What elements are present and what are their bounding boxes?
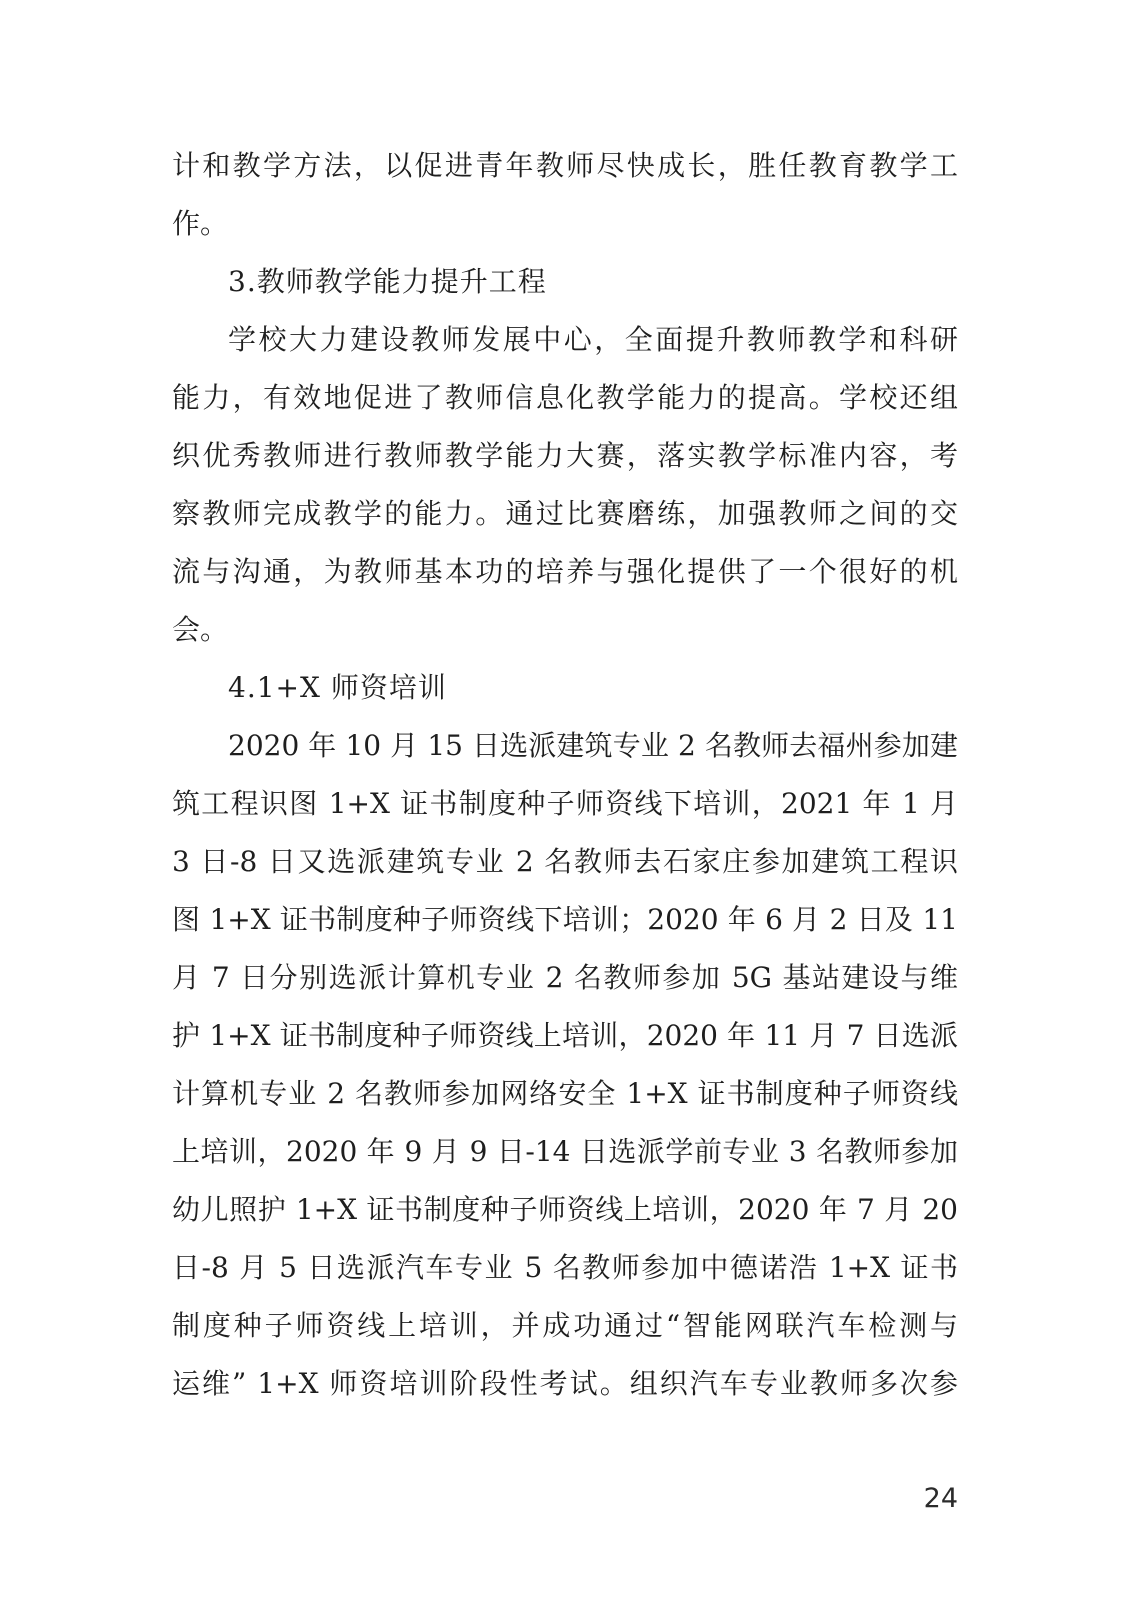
text-line: 筑工程识图 1+X 证书制度种子师资线下培训，2021 年 1 月 bbox=[172, 775, 958, 833]
text-line: 能力，有效地促进了教师信息化教学能力的提高。学校还组 bbox=[172, 369, 958, 427]
text-line: 计算机专业 2 名教师参加网络安全 1+X 证书制度种子师资线 bbox=[172, 1065, 958, 1123]
text-line: 运维” 1+X 师资培训阶段性考试。组织汽车专业教师多次参 bbox=[172, 1355, 958, 1413]
text-line: 察教师完成教学的能力。通过比赛磨练，加强教师之间的交 bbox=[172, 485, 958, 543]
text-line: 3 日-8 日又选派建筑专业 2 名教师去石家庄参加建筑工程识 bbox=[172, 833, 958, 891]
text-line: 2020 年 10 月 15 日选派建筑专业 2 名教师去福州参加建 bbox=[172, 717, 958, 775]
document-body: 计和教学方法，以促进青年教师尽快成长，胜任教育教学工作。3.教师教学能力提升工程… bbox=[172, 137, 958, 1413]
text-line: 计和教学方法，以促进青年教师尽快成长，胜任教育教学工 bbox=[172, 137, 958, 195]
text-line: 学校大力建设教师发展中心，全面提升教师教学和科研 bbox=[172, 311, 958, 369]
text-line: 护 1+X 证书制度种子师资线上培训，2020 年 11 月 7 日选派 bbox=[172, 1007, 958, 1065]
page-number: 24 bbox=[838, 1482, 958, 1516]
text-line: 会。 bbox=[172, 601, 958, 659]
text-line: 流与沟通，为教师基本功的培养与强化提供了一个很好的机 bbox=[172, 543, 958, 601]
text-line: 织优秀教师进行教师教学能力大赛，落实教学标准内容，考 bbox=[172, 427, 958, 485]
heading-line: 3.教师教学能力提升工程 bbox=[172, 253, 958, 311]
text-line: 日-8 月 5 日选派汽车专业 5 名教师参加中德诺浩 1+X 证书 bbox=[172, 1239, 958, 1297]
heading-line: 4.1+X 师资培训 bbox=[172, 659, 958, 717]
document-page: 计和教学方法，以促进青年教师尽快成长，胜任教育教学工作。3.教师教学能力提升工程… bbox=[0, 0, 1131, 1600]
text-line: 上培训，2020 年 9 月 9 日-14 日选派学前专业 3 名教师参加 bbox=[172, 1123, 958, 1181]
text-line: 幼儿照护 1+X 证书制度种子师资线上培训，2020 年 7 月 20 bbox=[172, 1181, 958, 1239]
text-line: 作。 bbox=[172, 195, 958, 253]
text-line: 图 1+X 证书制度种子师资线下培训；2020 年 6 月 2 日及 11 bbox=[172, 891, 958, 949]
text-line: 制度种子师资线上培训，并成功通过“智能网联汽车检测与 bbox=[172, 1297, 958, 1355]
text-line: 月 7 日分别选派计算机专业 2 名教师参加 5G 基站建设与维 bbox=[172, 949, 958, 1007]
